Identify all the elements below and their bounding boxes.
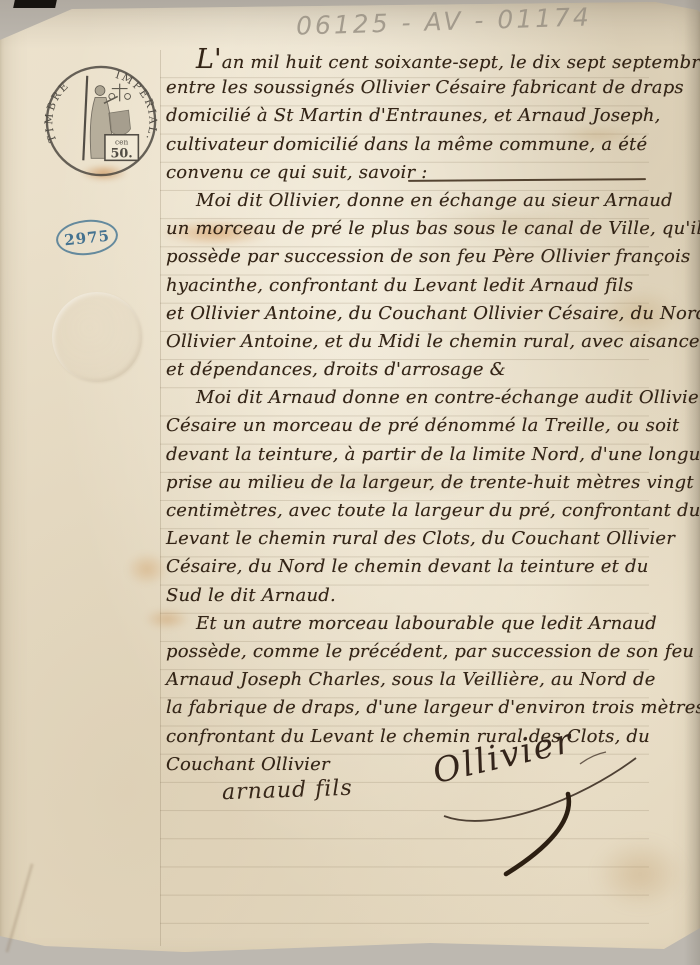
manuscript-line: convenu ce qui suit, savoir : <box>166 159 696 187</box>
manuscript-line: cultivateur domicilié dans la même commu… <box>166 131 696 159</box>
manuscript-line: un morceau de pré le plus bas sous le ca… <box>166 215 696 243</box>
manuscript-line: possède, comme le précédent, par success… <box>166 638 696 666</box>
manuscript-line: et dépendances, droits d'arrosage & <box>166 356 696 384</box>
manuscript-line: domicilié à St Martin d'Entraunes, et Ar… <box>166 102 696 130</box>
manuscript-line: Césaire un morceau de pré dénommé la Tre… <box>166 412 696 440</box>
manuscript-line: Ollivier Antoine, et du Midi le chemin r… <box>166 328 696 356</box>
stamp-value-label: 50. <box>111 146 133 161</box>
timbre-imperial-stamp-icon: TIMBRE IMPERIAL. cen 50. <box>42 62 160 180</box>
manuscript-line: Césaire, du Nord le chemin devant la tei… <box>166 553 696 581</box>
stamp-unit-label: cen <box>115 138 128 147</box>
scan-edge-mark <box>13 0 57 8</box>
embossed-seal <box>52 292 142 382</box>
manuscript-text-block: L'an mil huit cent soixante-sept, le dix… <box>166 46 696 779</box>
manuscript-line: devant la teinture, à partir de la limit… <box>166 441 696 469</box>
manuscript-line: hyacinthe, confrontant du Levant ledit A… <box>166 272 696 300</box>
registry-number: 2975 <box>63 226 110 249</box>
signature-paraph-icon <box>430 742 650 882</box>
manuscript-line: L'an mil huit cent soixante-sept, le dix… <box>166 46 696 74</box>
manuscript-line: centimètres, avec toute la largeur du pr… <box>166 497 696 525</box>
manuscript-line: possède par succession de son feu Père O… <box>166 243 696 271</box>
manuscript-line: Moi dit Arnaud donne en contre-échange a… <box>166 384 696 412</box>
signature-arnaud: arnaud fils <box>222 776 353 806</box>
manuscript-line: entre les soussignés Ollivier Césaire fa… <box>166 74 696 102</box>
manuscript-line: la fabrique de draps, d'une largeur d'en… <box>166 694 696 722</box>
manuscript-line: et Ollivier Antoine, du Couchant Ollivie… <box>166 300 696 328</box>
manuscript-line: Et un autre morceau labourable que ledit… <box>166 610 696 638</box>
stamp-value-box: cen 50. <box>105 135 138 162</box>
manuscript-line: Sud le dit Arnaud. <box>166 582 696 610</box>
manuscript-line: Levant le chemin rural des Clots, du Cou… <box>166 525 696 553</box>
manuscript-line: prise au milieu de la largeur, de trente… <box>166 469 696 497</box>
manuscript-line: Arnaud Joseph Charles, sous la Veillière… <box>166 666 696 694</box>
scanned-document-page: 06125 - AV - 01174 TIMBRE IMPERIAL. cen <box>0 0 700 965</box>
manuscript-line: Moi dit Ollivier, donne en échange au si… <box>166 187 696 215</box>
